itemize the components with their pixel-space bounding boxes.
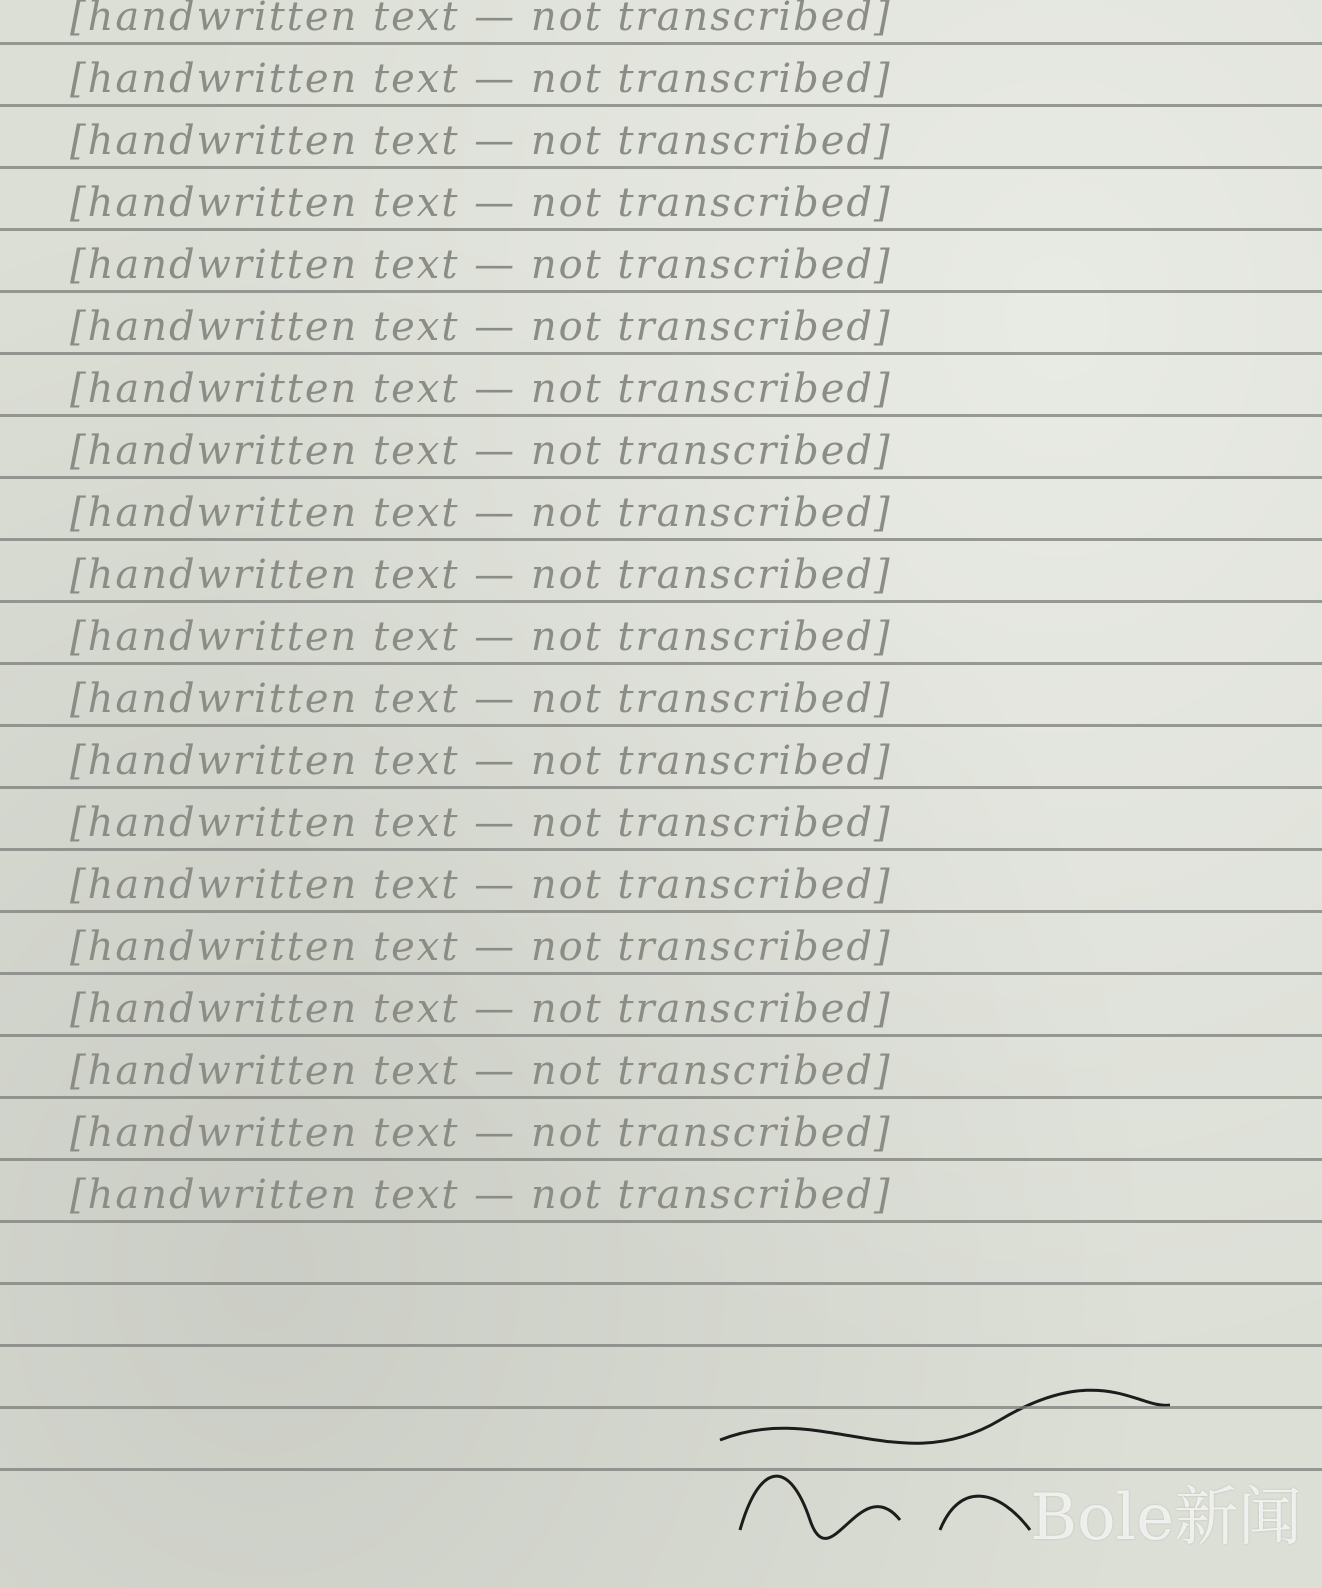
ruled-line <box>0 1468 1322 1471</box>
ruled-line <box>0 1220 1322 1223</box>
ruled-line <box>0 662 1322 665</box>
ruled-line <box>0 104 1322 107</box>
ruled-line <box>0 1282 1322 1285</box>
letter-page: Bole新闻 [handwritten text — not transcrib… <box>0 0 1322 1588</box>
handwritten-line: [handwritten text — not transcribed] <box>70 56 1282 102</box>
ruled-line <box>0 724 1322 727</box>
handwritten-line: [handwritten text — not transcribed] <box>70 490 1282 536</box>
handwritten-line: [handwritten text — not transcribed] <box>70 924 1282 970</box>
ruled-line <box>0 352 1322 355</box>
ruled-line <box>0 538 1322 541</box>
handwritten-line: [handwritten text — not transcribed] <box>70 428 1282 474</box>
handwritten-line: [handwritten text — not transcribed] <box>70 0 1282 40</box>
ruled-line <box>0 228 1322 231</box>
handwritten-line: [handwritten text — not transcribed] <box>70 242 1282 288</box>
ruled-line <box>0 848 1322 851</box>
handwritten-line: [handwritten text — not transcribed] <box>70 862 1282 908</box>
ruled-line <box>0 786 1322 789</box>
ruled-line <box>0 1034 1322 1037</box>
ruled-line <box>0 290 1322 293</box>
ruled-line <box>0 972 1322 975</box>
ruled-line <box>0 1344 1322 1347</box>
ruled-line <box>0 42 1322 45</box>
handwritten-line: [handwritten text — not transcribed] <box>70 738 1282 784</box>
ruled-line <box>0 910 1322 913</box>
handwritten-line: [handwritten text — not transcribed] <box>70 676 1282 722</box>
ruled-line <box>0 166 1322 169</box>
handwritten-line: [handwritten text — not transcribed] <box>70 118 1282 164</box>
ruled-line <box>0 476 1322 479</box>
handwritten-line: [handwritten text — not transcribed] <box>70 552 1282 598</box>
ruled-line <box>0 414 1322 417</box>
handwritten-line: [handwritten text — not transcribed] <box>70 1172 1282 1218</box>
handwritten-line: [handwritten text — not transcribed] <box>70 304 1282 350</box>
ruled-line <box>0 600 1322 603</box>
handwritten-line: [handwritten text — not transcribed] <box>70 614 1282 660</box>
ruled-line <box>0 1096 1322 1099</box>
handwritten-line: [handwritten text — not transcribed] <box>70 180 1282 226</box>
handwritten-line: [handwritten text — not transcribed] <box>70 1110 1282 1156</box>
handwritten-line: [handwritten text — not transcribed] <box>70 986 1282 1032</box>
ruled-line <box>0 1406 1322 1409</box>
watermark: Bole新闻 <box>1030 1466 1302 1558</box>
ruled-line <box>0 1158 1322 1161</box>
handwritten-line: [handwritten text — not transcribed] <box>70 366 1282 412</box>
handwritten-line: [handwritten text — not transcribed] <box>70 800 1282 846</box>
handwritten-line: [handwritten text — not transcribed] <box>70 1048 1282 1094</box>
